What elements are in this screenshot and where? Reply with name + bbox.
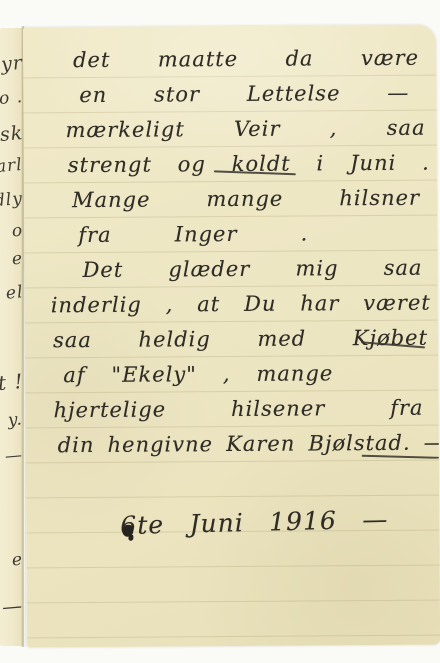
margin-fragment: arl: [0, 157, 23, 176]
handwriting-signature-line: din hengivne Karen Bjølstad. —: [58, 430, 440, 459]
letter-scan: lyr o . sk arl dly o e el t ! y. — e — d…: [0, 0, 440, 663]
neighbor-page-edge: lyr o . sk arl dly o e el t ! y. — e —: [0, 28, 23, 646]
ink-blot: [122, 525, 133, 537]
margin-fragment: dly: [0, 191, 23, 210]
handwriting-line: af "Ekely" , mange: [63, 360, 333, 388]
handwriting-line: det maatte da være: [73, 45, 419, 73]
letter-date: 6te Juni 1916 —: [120, 507, 389, 540]
handwriting-line: mærkeligt Veir , saa: [65, 115, 425, 144]
handwriting-line: fra Inger .: [78, 220, 308, 248]
handwriting-line: inderlig , at Du har været: [51, 290, 431, 319]
handwriting-line: en stor Lettelse —: [79, 80, 409, 108]
handwriting-line: Det glæder mig saa: [82, 255, 422, 283]
letter-page: det maatte da være en stor Lettelse — mæ…: [23, 25, 440, 648]
handwriting-line: strengt og koldt i Juni .: [68, 150, 430, 179]
margin-fragment: —: [1, 595, 23, 617]
margin-fragment: lyr: [0, 54, 23, 75]
margin-fragment: o .: [0, 89, 23, 108]
handwriting-line: saa heldig med Kjøbet: [53, 325, 428, 354]
handwriting-line: Mange mange hilsner: [72, 185, 420, 213]
margin-fragment: sk: [0, 124, 23, 145]
margin-fragment: t !: [0, 371, 23, 393]
handwriting-line: hjertelige hilsener fra: [53, 395, 423, 424]
